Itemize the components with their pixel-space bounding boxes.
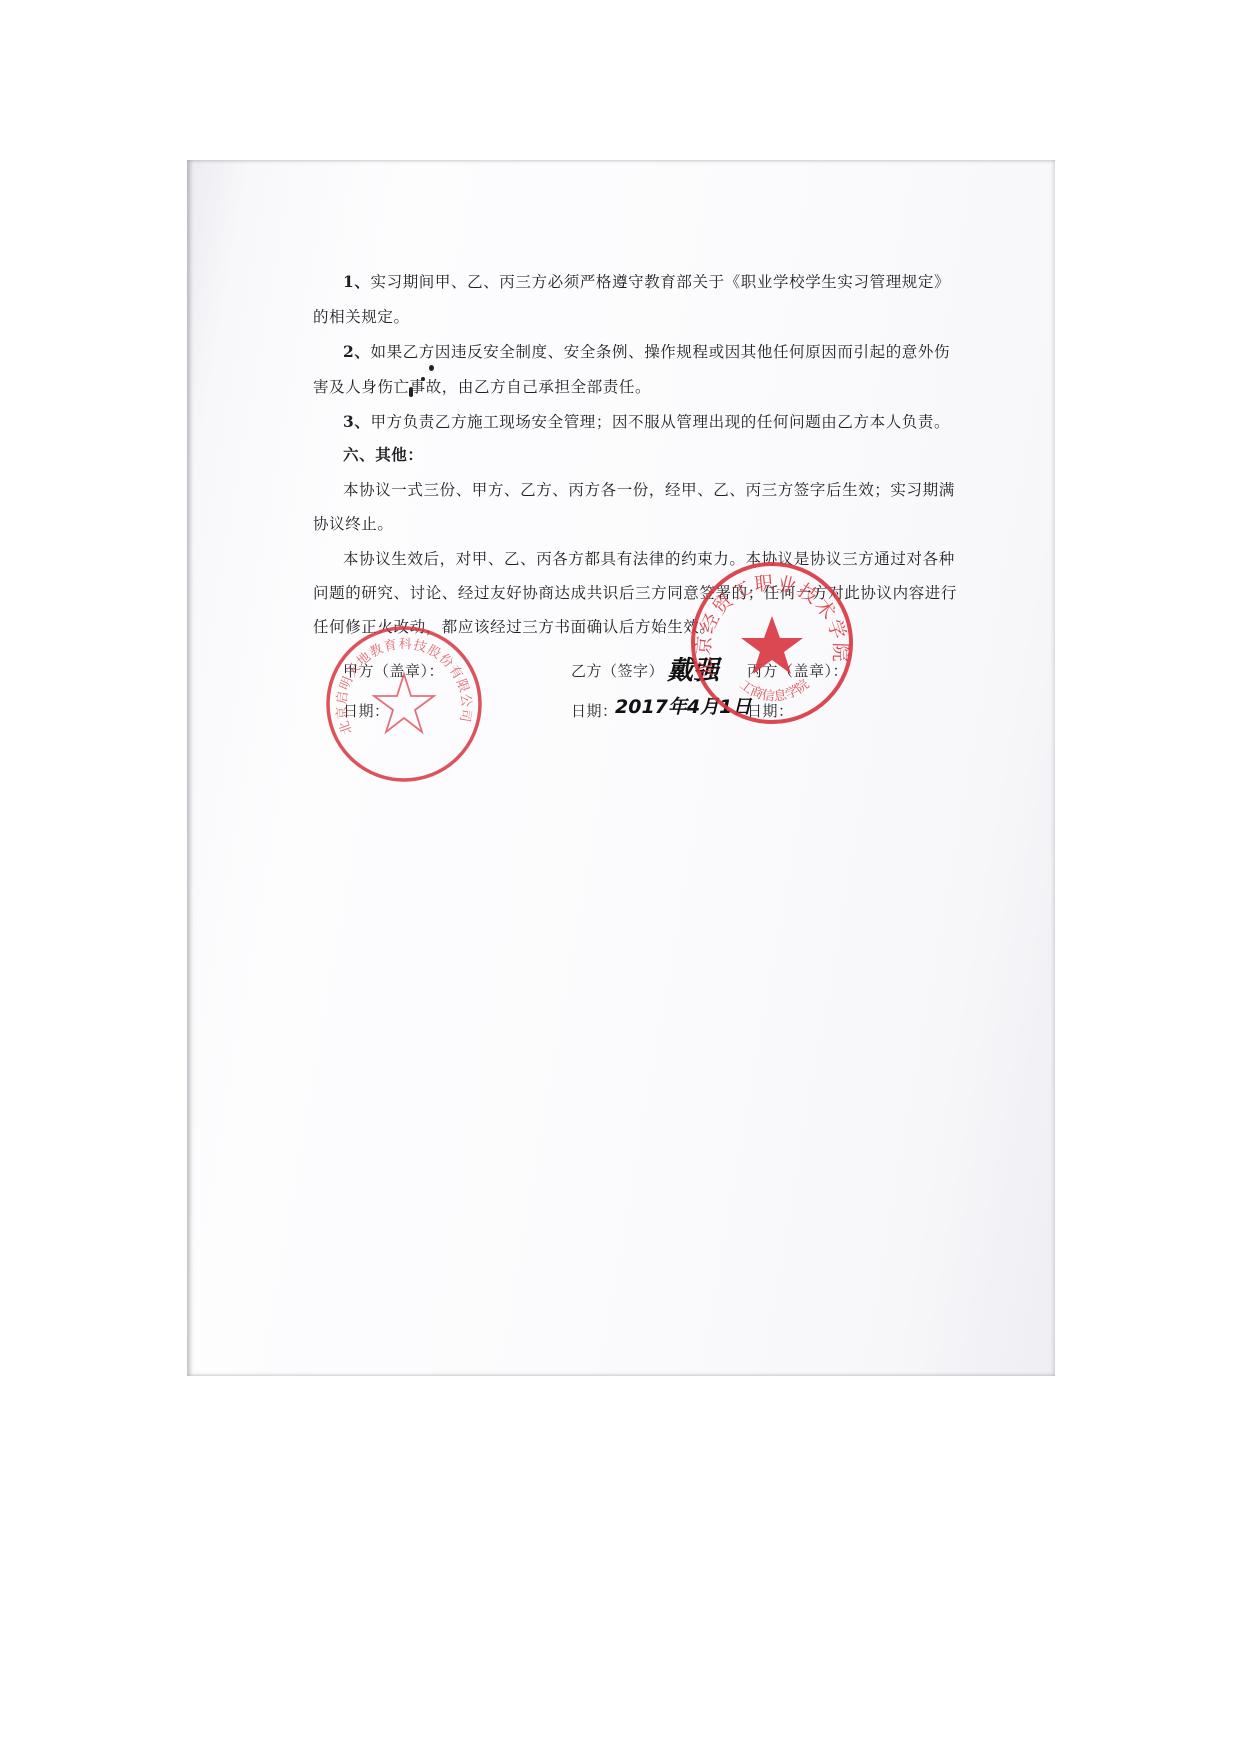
party-c-seal: 北京经贸工职业技术学院 工商信息学院 [687, 558, 857, 728]
party-c-seal-subtext: 工商信息学院 [736, 677, 812, 705]
section6-para2-cont1: 问题的研究、讨论、经过友好协商达成共识后三方同意签署的；任何一方对此协议内容进行 [313, 581, 957, 603]
scanned-page: 1、实习期间甲、乙、丙三方必须严格遵守教育部关于《职业学校学生实习管理规定》 的… [187, 160, 1055, 1376]
document-body: 1、实习期间甲、乙、丙三方必须严格遵守教育部关于《职业学校学生实习管理规定》 的… [187, 160, 1055, 1376]
clause-2: 2、如果乙方因违反安全制度、安全条例、操作规程或因其他任何原因而引起的意外伤 [343, 340, 950, 362]
party-a-seal: 北京启明天地教育科技股份有限公司 [322, 622, 486, 786]
party-a-seal-text: 北京启明天地教育科技股份有限公司 [334, 636, 474, 736]
party-b-date-label: 日期： [571, 700, 618, 721]
svg-text:北京启明天地教育科技股份有限公司: 北京启明天地教育科技股份有限公司 [334, 636, 474, 736]
clause-1-cont: 的相关规定。 [313, 305, 410, 327]
clause-2-cont: 害及人身伤亡事故，由乙方自己承担全部责任。 [313, 375, 651, 397]
section6-para1-cont: 协议终止。 [313, 512, 394, 534]
section6-para1: 本协议一式三份、甲方、乙方、丙方各一份，经甲、乙、丙三方签字后生效；实习期满 [343, 478, 955, 500]
clause-1: 1、实习期间甲、乙、丙三方必须严格遵守教育部关于《职业学校学生实习管理规定》 [343, 270, 950, 292]
section-heading-other: 六、其他： [343, 443, 424, 465]
svg-text:工商信息学院: 工商信息学院 [736, 677, 812, 705]
clause-3: 3、甲方负责乙方施工现场安全管理；因不服从管理出现的任何问题由乙方本人负责。 [343, 410, 950, 432]
section6-para2: 本协议生效后，对甲、乙、丙各方都具有法律的约束力。本协议是协议三方通过对各种 [343, 547, 955, 569]
party-b-label: 乙方（签字） [571, 660, 664, 681]
